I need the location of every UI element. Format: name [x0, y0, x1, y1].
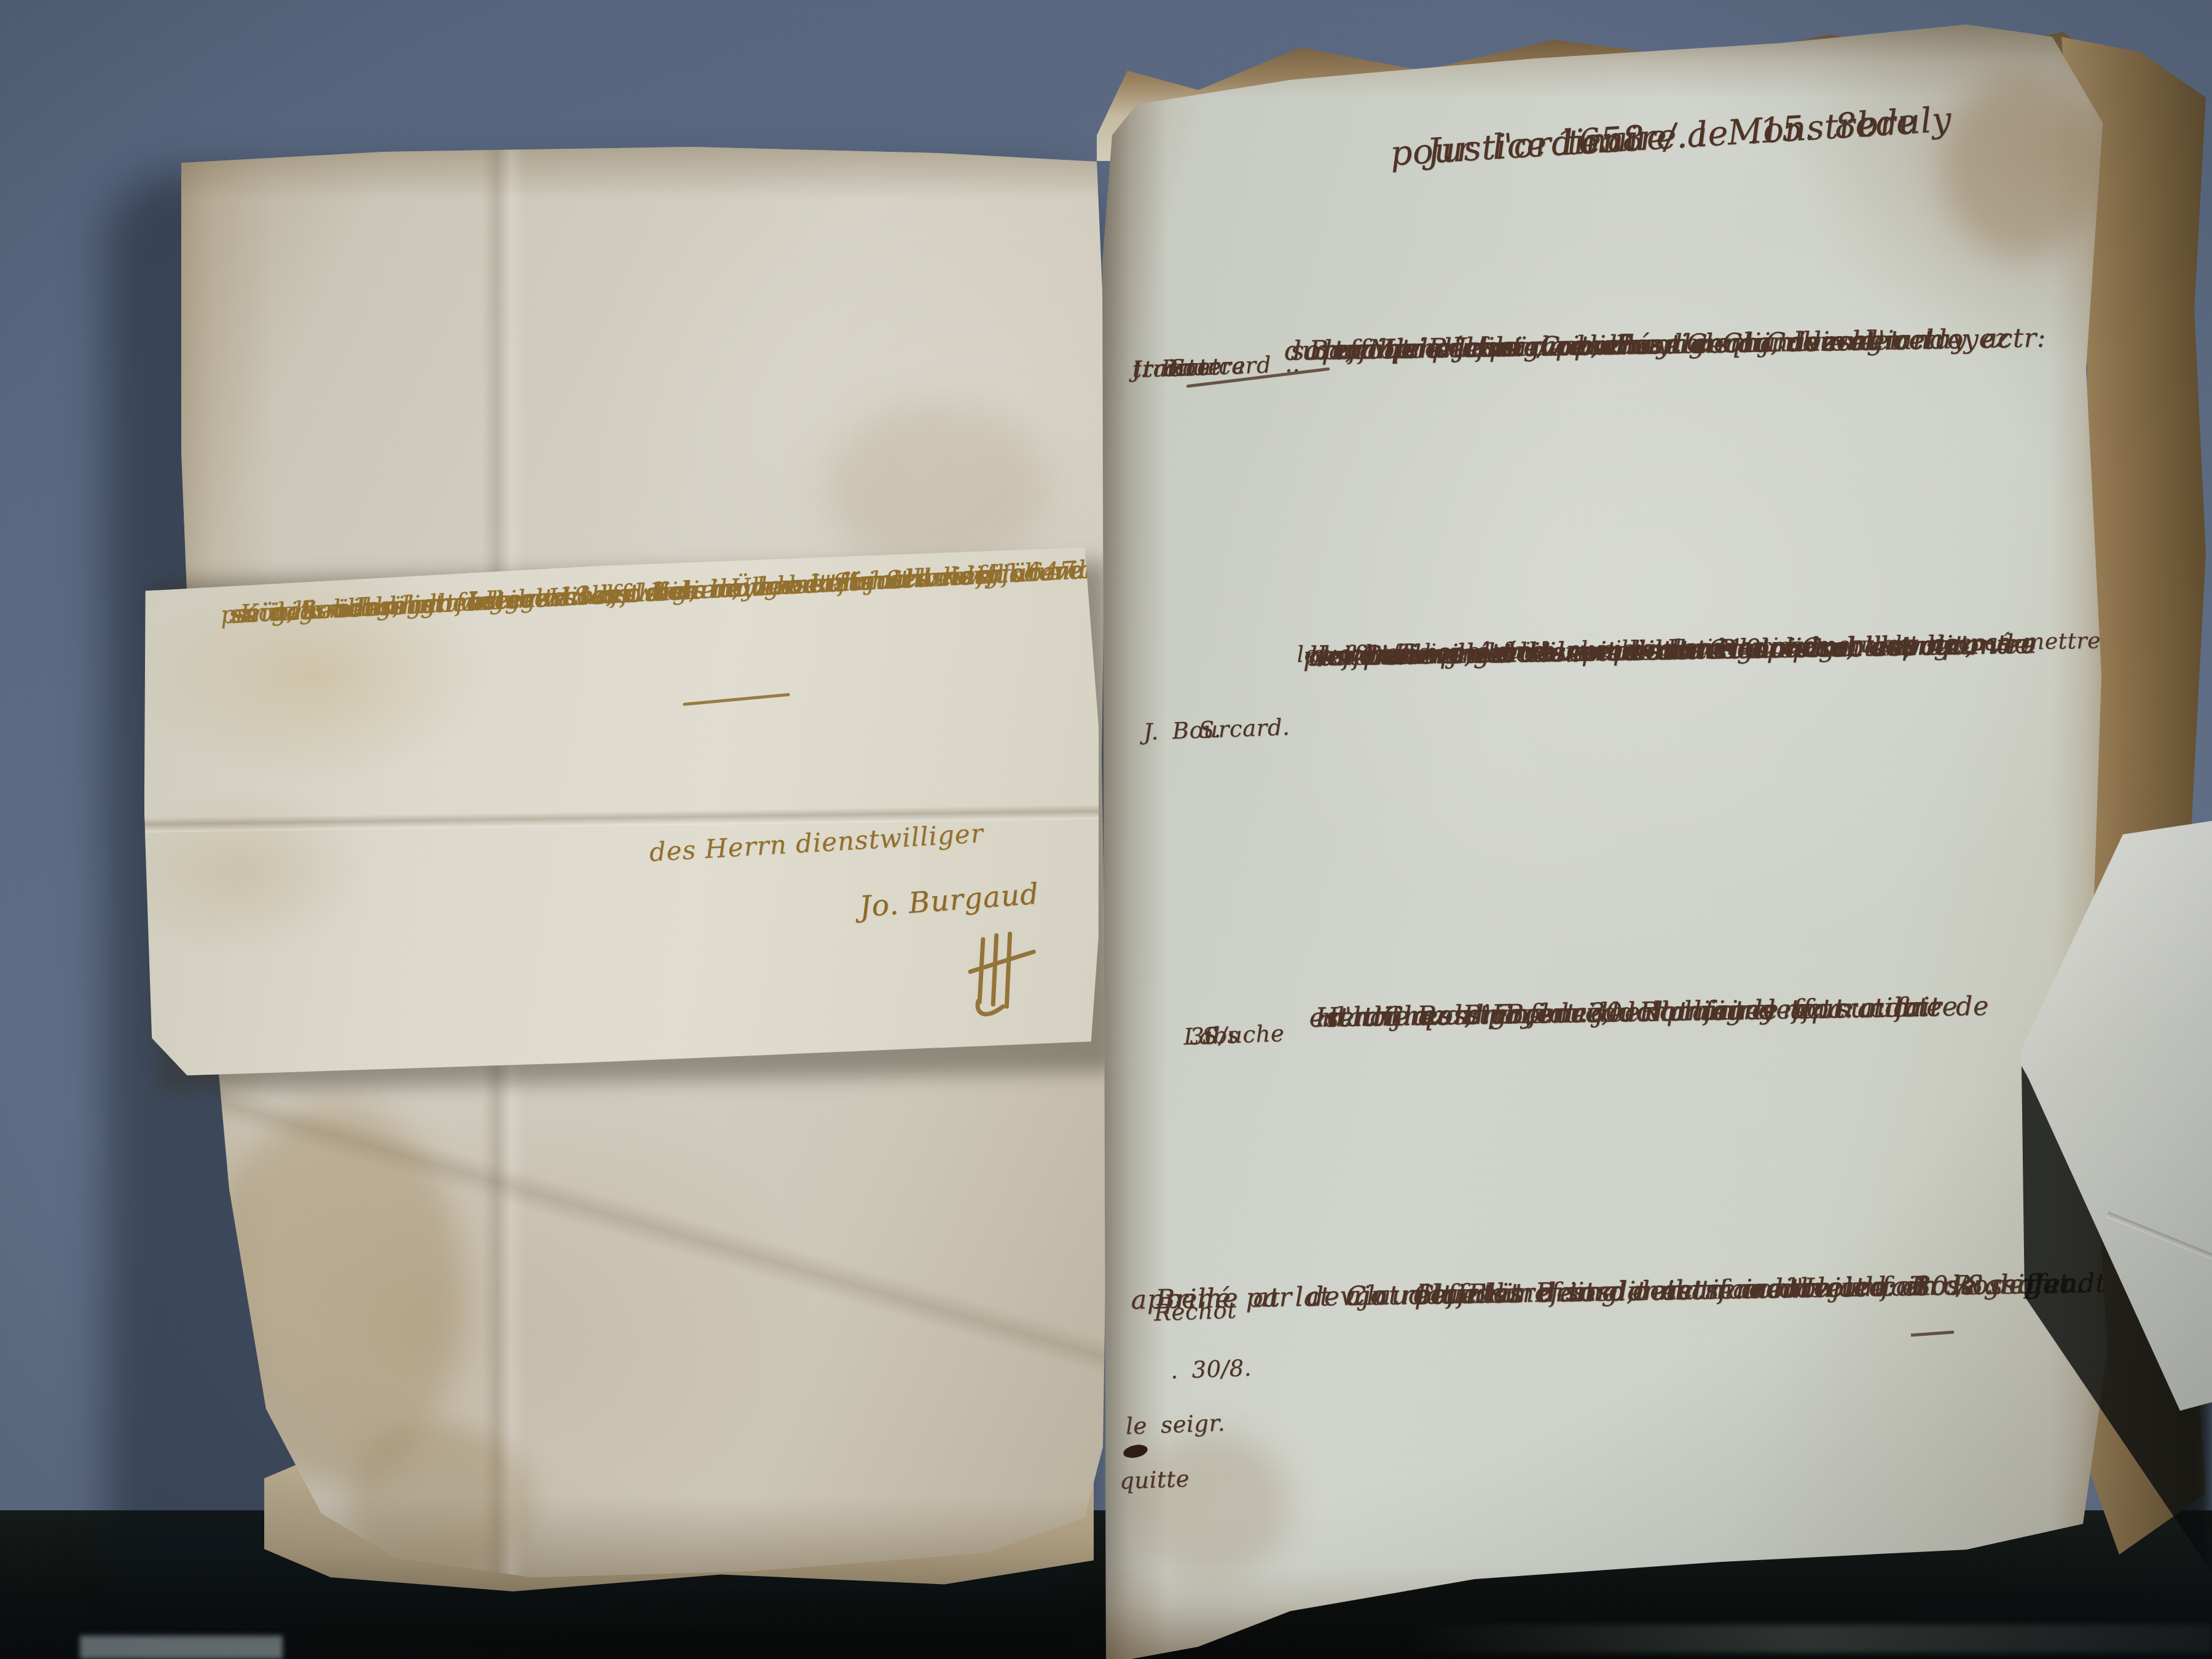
entry4-margin-note: quitte	[1119, 1462, 1190, 1498]
strikethrough-mark	[683, 693, 790, 706]
manuscript-line: appellé par devant plaintes a tord, et a…	[1309, 1265, 1993, 1317]
note-signature: Jo. Burgaud	[858, 877, 1040, 924]
manuscript-line: particuliere, et le corps du Communal ex…	[1309, 626, 1971, 676]
right-page-stain	[1942, 74, 2101, 258]
strikethrough-mark	[1911, 1331, 1954, 1337]
left-page-stain	[826, 402, 1048, 575]
left-page-top-shading	[138, 144, 1112, 200]
entry4-margin-note: le seigr.	[1125, 1406, 1226, 1443]
margin-line: 30/s	[1183, 1013, 1240, 1059]
margin-line: traicte	[1132, 351, 1211, 386]
entry4-margin-amount: . 30/8.	[1170, 1352, 1252, 1388]
loose-paper-crease	[2106, 1212, 2212, 1277]
table-highlight-left	[80, 1636, 283, 1659]
manuscript-line: du maire Réchet /.	[1309, 326, 1556, 371]
table-highlight-right	[1401, 1625, 2212, 1653]
heading-year: 1658 /.	[1554, 109, 1688, 170]
right-page-stain	[1131, 1432, 1290, 1579]
margin-line: S.	[1143, 713, 1222, 749]
handwritten-note: Sonders gnehster H. des Luliere habe Sta…	[139, 543, 1112, 1080]
manuscript-line: d'honneur, payer .30. d'amande	[1309, 989, 1779, 1040]
signature-paraph-icon	[964, 927, 1040, 1021]
right-page: Justice tenue a Monstreduly pour l'ordin…	[1094, 18, 2132, 1659]
note-closing: des Herrn dienstwilliger	[648, 818, 984, 867]
photo-scene: Sonders gnehster H. des Luliere habe Sta…	[0, 0, 2212, 1659]
